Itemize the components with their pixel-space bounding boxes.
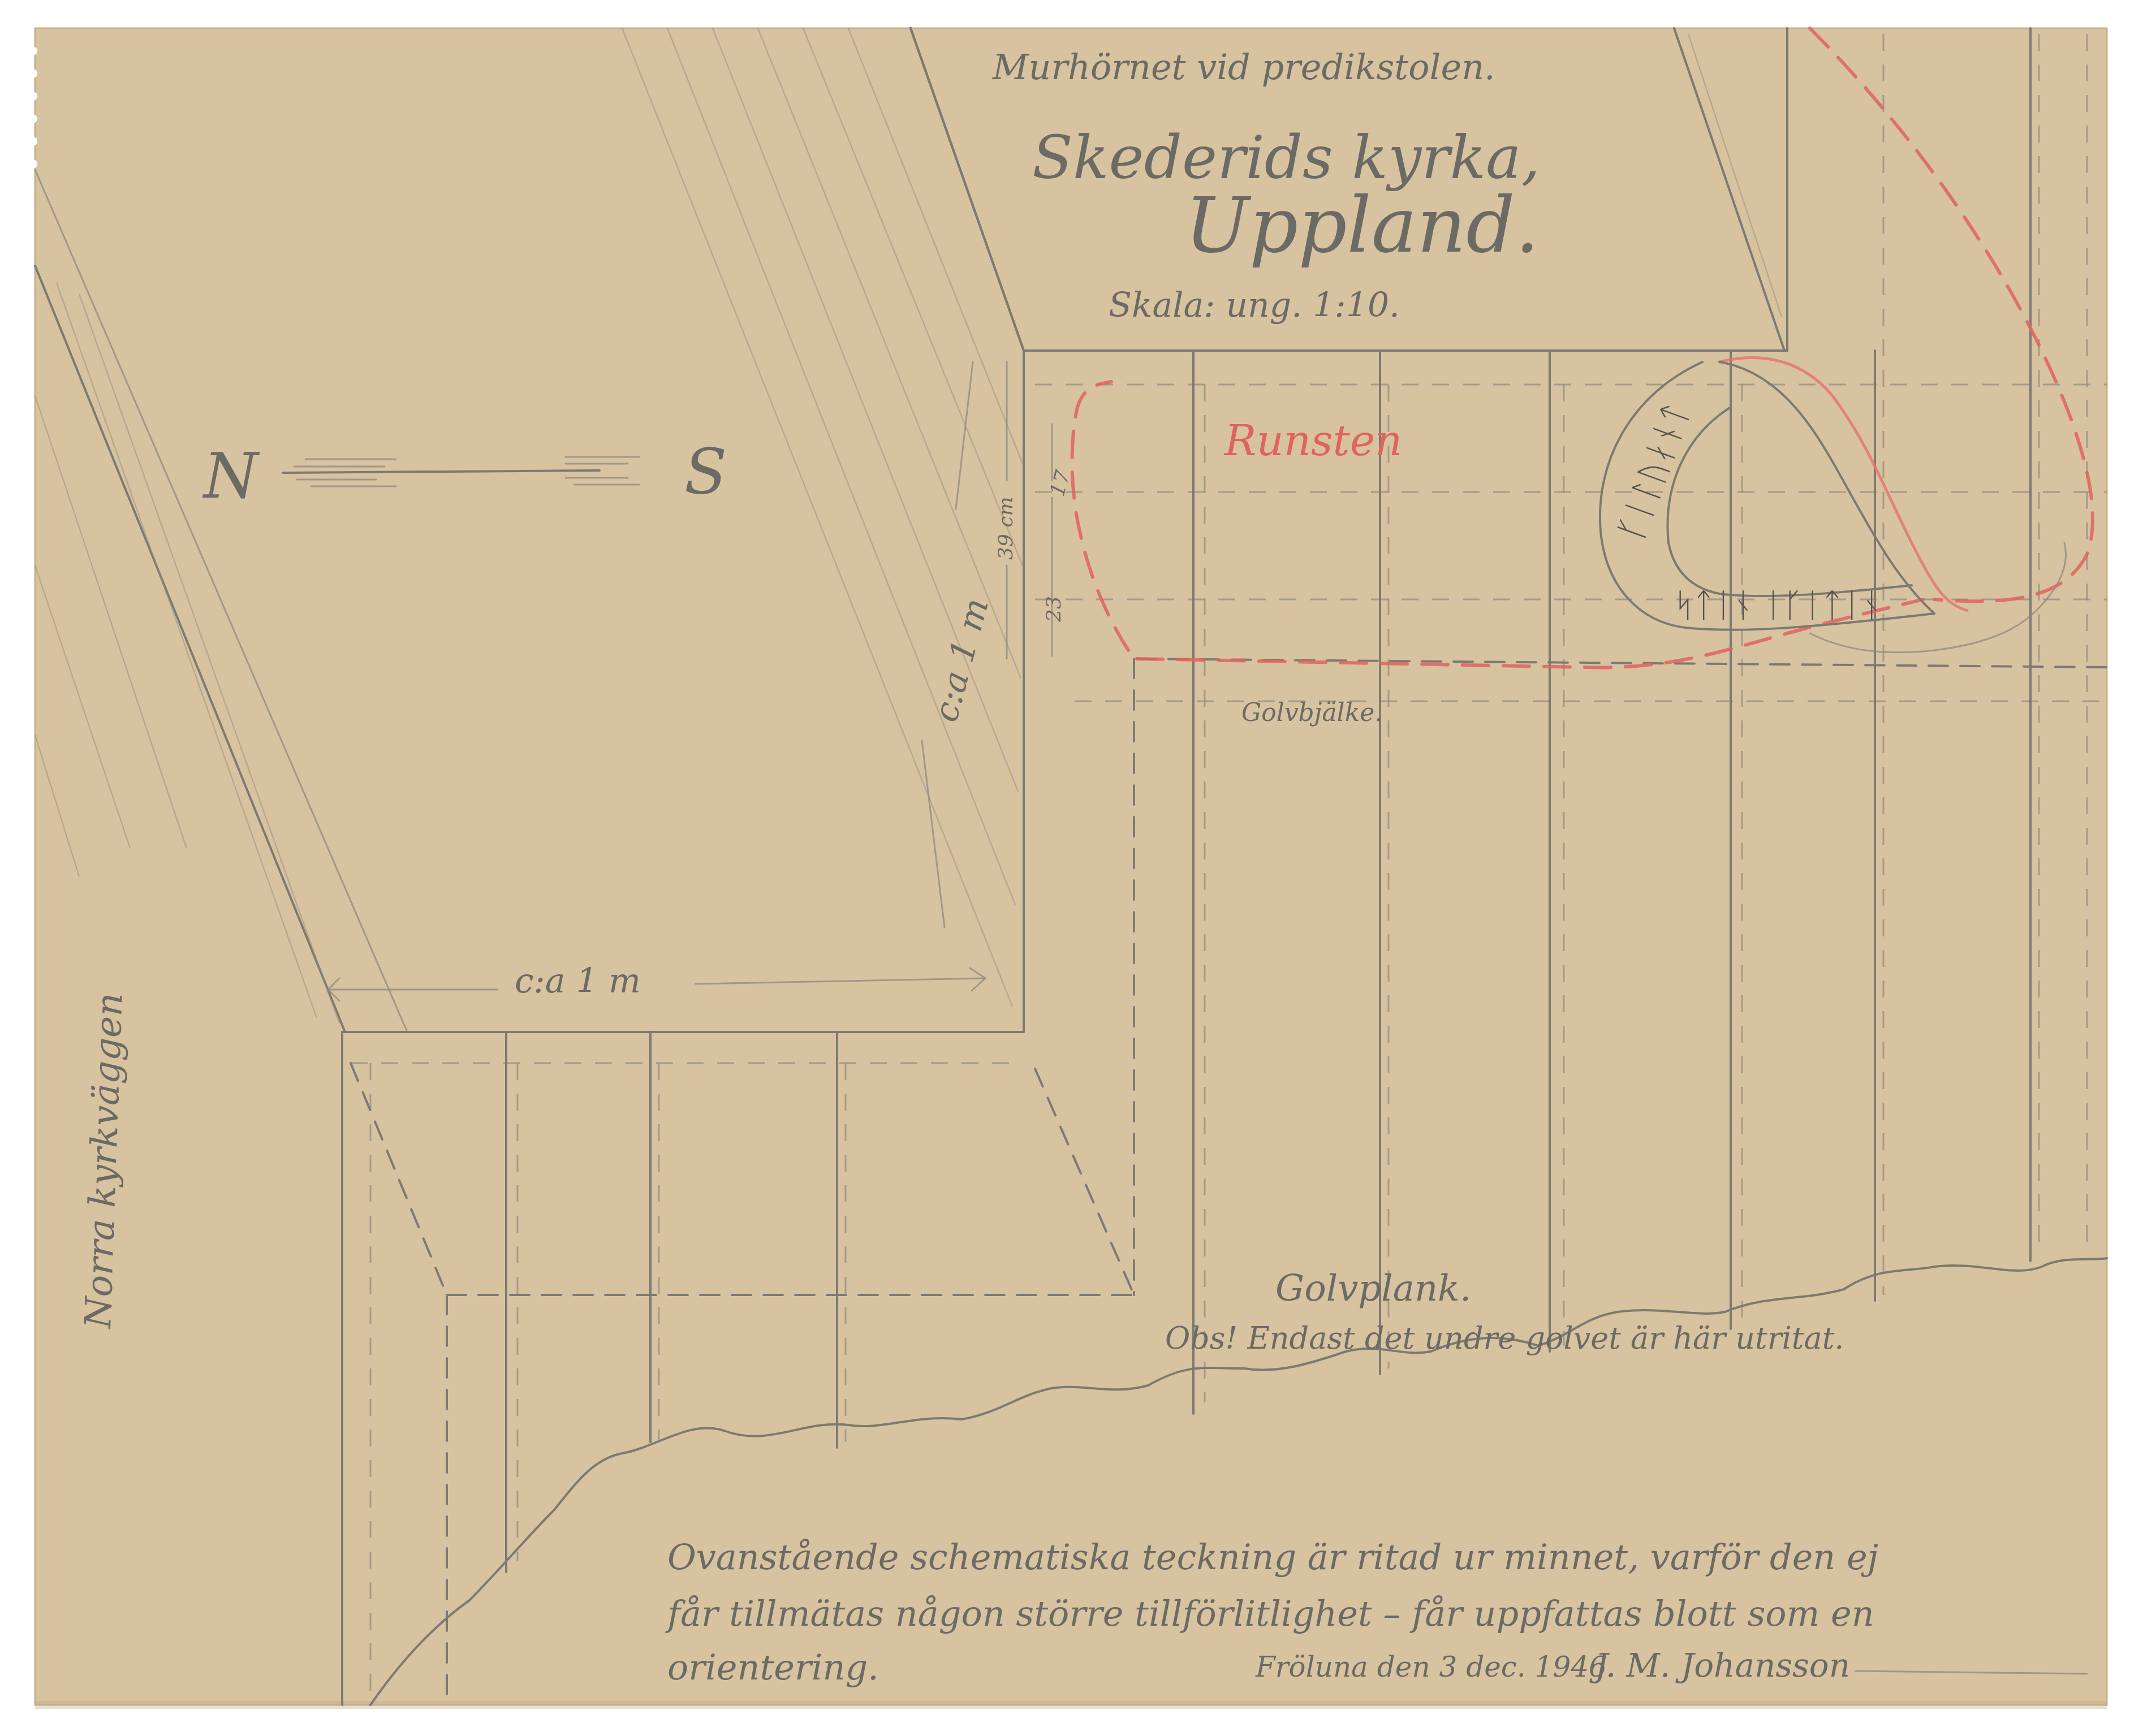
place-date: Fröluna den 3 dec. 1946.	[1255, 1651, 1616, 1683]
footnote-line-3: orientering.	[667, 1647, 879, 1688]
compass-north-label: N	[202, 440, 260, 512]
footnote-line-1: Ovanstående schematiska teckning är rita…	[667, 1536, 1878, 1578]
runic-inscription-lower: ᛋᛏᛁᚾ ᛁᚴᛁᛏᛁᚾ	[1674, 586, 1881, 624]
width-dimension-label: c:a 1 m	[515, 961, 641, 1001]
title-line-1: Murhörnet vid predikstolen.	[992, 46, 1495, 88]
title-line-3: Uppland.	[1185, 181, 1540, 270]
floor-beam-label: Golvbjälke.	[1241, 698, 1382, 727]
floor-note-label: Obs! Endast det undre golvet är här utri…	[1165, 1320, 1844, 1356]
scale-label: Skala: ung. 1:10.	[1109, 286, 1400, 325]
compass-south-label: S	[684, 435, 727, 508]
sketch-canvas: ᚴᛁᛚᚢᛅᚾᛏ ᛋᛏᛁᚾ ᛁᚴᛁᛏᛁᚾ N S Murhörnet vid p	[0, 0, 2130, 1736]
height-39cm-label: 39 cm	[994, 496, 1017, 560]
floor-plank-label: Golvplank.	[1275, 1268, 1471, 1310]
paper-sheet	[28, 28, 2107, 1709]
runestone-label: Runsten	[1223, 416, 1402, 465]
footnote-line-2: får tillmätas någon större tillförlitlig…	[665, 1593, 1874, 1634]
dimension-23-label: 23	[1042, 596, 1066, 623]
document-scan: ᚴᛁᛚᚢᛅᚾᛏ ᛋᛏᛁᚾ ᛁᚴᛁᛏᛁᚾ N S Murhörnet vid p	[0, 0, 2130, 1736]
signature: J. M. Johansson	[1589, 1646, 1850, 1685]
